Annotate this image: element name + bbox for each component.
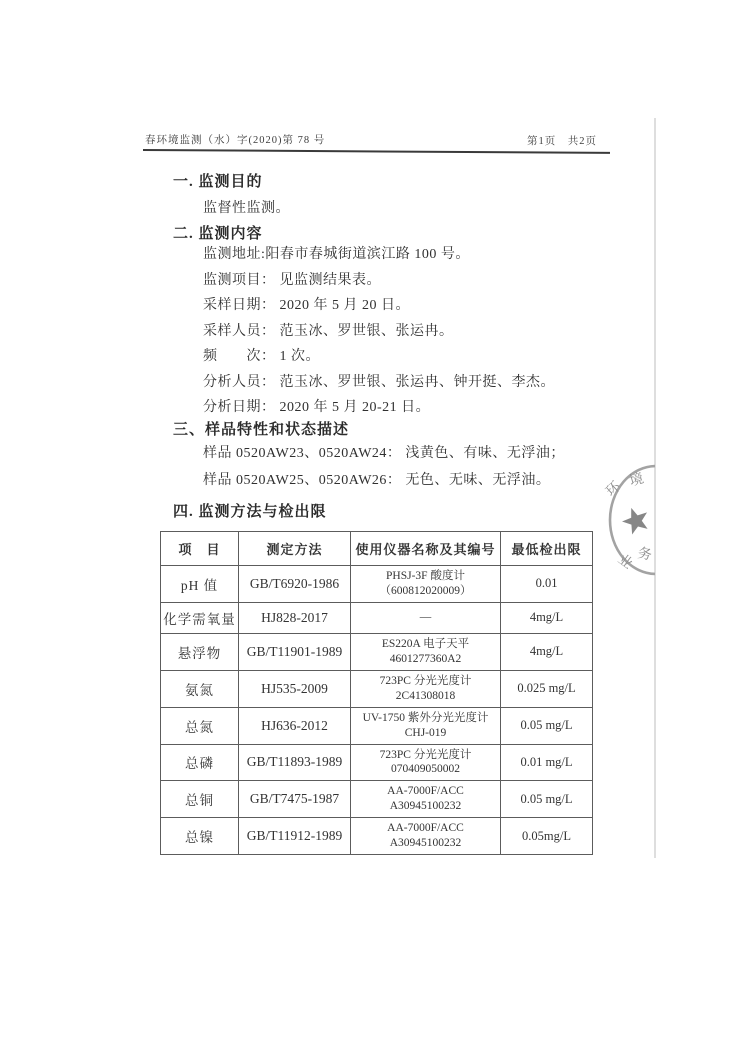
col-header-method: 测定方法 [239,532,351,566]
col-header-limit: 最低检出限 [501,532,593,566]
seal-graphic: 环 境 业 务 [597,457,655,583]
cell-item: 总氮 [161,707,239,744]
content-line-frequency: 频 次： 1 次。 [203,344,555,370]
col-header-item: 项 目 [161,532,239,566]
cell-limit: 0.05mg/L [501,818,593,855]
content-line-sampling-staff: 采样人员： 范玉冰、罗世银、张运冉。 [203,319,555,345]
sample-line-2: 样品 0520AW25、0520AW26： 无色、无味、无浮油。 [203,467,565,494]
cell-instrument: 723PC 分光光度计2C41308018 [351,670,501,707]
cell-limit: 4mg/L [501,602,593,633]
table-row: 化学需氧量HJ828-2017—4mg/L [161,602,593,633]
table-row: pH 值GB/T6920-1986PHSJ-3F 酸度计（60081202000… [161,566,593,603]
table-row: 总氮HJ636-2012UV-1750 紫外分光光度计CHJ-0190.05 m… [161,707,593,744]
instrument-line: 723PC 分光光度计 [353,748,498,763]
cell-instrument: ES220A 电子天平4601277360A2 [351,633,501,670]
section-3-content: 样品 0520AW23、0520AW24： 浅黄色、有味、无浮油； 样品 052… [203,440,565,494]
content-line-analysis-date: 分析日期： 2020 年 5 月 20-21 日。 [203,395,555,421]
instrument-line: AA-7000F/ACC [353,784,498,799]
cell-method: GB/T6920-1986 [239,566,351,603]
content-line-sampling-date: 采样日期： 2020 年 5 月 20 日。 [203,293,555,319]
content-line-analysis-staff: 分析人员： 范玉冰、罗世银、张运冉、钟开挺、李杰。 [203,370,555,396]
instrument-line: PHSJ-3F 酸度计 [353,569,498,584]
instrument-line: 070409050002 [353,762,498,777]
table-row: 氨氮HJ535-2009723PC 分光光度计2C413080180.025 m… [161,670,593,707]
section-4-title: 四. 监测方法与检出限 [173,500,327,521]
table-row: 总镍GB/T11912-1989AA-7000F/ACCA30945100232… [161,818,593,855]
content-line-address: 监测地址:阳春市春城街道滨江路 100 号。 [203,242,555,268]
cell-method: HJ535-2009 [239,670,351,707]
section-1-body: 监督性监测。 [203,197,290,217]
instrument-line: ES220A 电子天平 [353,637,498,652]
instrument-line: 4601277360A2 [353,652,498,667]
seal-char: 务 [636,545,653,564]
table-header-row: 项 目 测定方法 使用仪器名称及其编号 最低检出限 [161,532,593,566]
seal-char: 业 [615,551,636,572]
instrument-line: — [353,610,498,625]
cell-method: GB/T11893-1989 [239,744,351,781]
cell-method: HJ828-2017 [239,602,351,633]
instrument-line: CHJ-019 [353,726,498,741]
col-header-instrument: 使用仪器名称及其编号 [351,532,501,566]
page-indicator: 第1页 共2页 [527,133,597,148]
cell-limit: 0.05 mg/L [501,707,593,744]
cell-limit: 0.01 [501,566,593,603]
instrument-line: 2C41308018 [353,689,498,704]
cell-item: 总磷 [161,744,239,781]
cell-instrument: 723PC 分光光度计070409050002 [351,744,501,781]
sample-line-1: 样品 0520AW23、0520AW24： 浅黄色、有味、无浮油； [203,440,565,467]
cell-instrument: AA-7000F/ACCA30945100232 [351,781,501,818]
cell-method: HJ636-2012 [239,707,351,744]
cell-method: GB/T11901-1989 [239,633,351,670]
cell-method: GB/T11912-1989 [239,818,351,855]
cell-item: 总镍 [161,818,239,855]
cell-item: pH 值 [161,566,239,603]
header-rule [143,149,610,154]
section-2-content: 监测地址:阳春市春城街道滨江路 100 号。 监测项目： 见监测结果表。 采样日… [203,242,555,421]
instrument-line: A30945100232 [353,836,498,851]
scanned-report-page: { "header": { "doc_number": "春环境监测（水）字(2… [0,0,743,1050]
cell-limit: 0.025 mg/L [501,670,593,707]
cell-item: 化学需氧量 [161,602,239,633]
content-line-items: 监测项目： 见监测结果表。 [203,268,555,294]
instrument-line: 723PC 分光光度计 [353,674,498,689]
instrument-line: （600812020009） [353,584,498,599]
section-1-title: 一. 监测目的 [173,170,263,191]
methods-table: 项 目 测定方法 使用仪器名称及其编号 最低检出限 pH 值GB/T6920-1… [160,531,593,855]
section-2-title: 二. 监测内容 [173,222,263,243]
cell-item: 总铜 [161,781,239,818]
cell-limit: 4mg/L [501,633,593,670]
cell-instrument: UV-1750 紫外分光光度计CHJ-019 [351,707,501,744]
instrument-line: UV-1750 紫外分光光度计 [353,711,498,726]
cell-limit: 0.01 mg/L [501,744,593,781]
doc-number: 春环境监测（水）字(2020)第 78 号 [145,132,325,147]
cell-instrument: PHSJ-3F 酸度计（600812020009） [351,566,501,603]
section-3-title: 三、样品特性和状态描述 [173,418,349,439]
instrument-line: AA-7000F/ACC [353,821,498,836]
cell-method: GB/T7475-1987 [239,781,351,818]
seal-char: 环 [603,478,625,500]
official-seal: 环 境 业 务 [597,457,655,583]
cell-limit: 0.05 mg/L [501,781,593,818]
cell-item: 氨氮 [161,670,239,707]
table-row: 总磷GB/T11893-1989723PC 分光光度计0704090500020… [161,744,593,781]
cell-item: 悬浮物 [161,633,239,670]
cell-instrument: — [351,602,501,633]
table-row: 悬浮物GB/T11901-1989ES220A 电子天平4601277360A2… [161,633,593,670]
instrument-line: A30945100232 [353,799,498,814]
cell-instrument: AA-7000F/ACCA30945100232 [351,818,501,855]
star-icon [619,503,653,536]
table-row: 总铜GB/T7475-1987AA-7000F/ACCA309451002320… [161,781,593,818]
